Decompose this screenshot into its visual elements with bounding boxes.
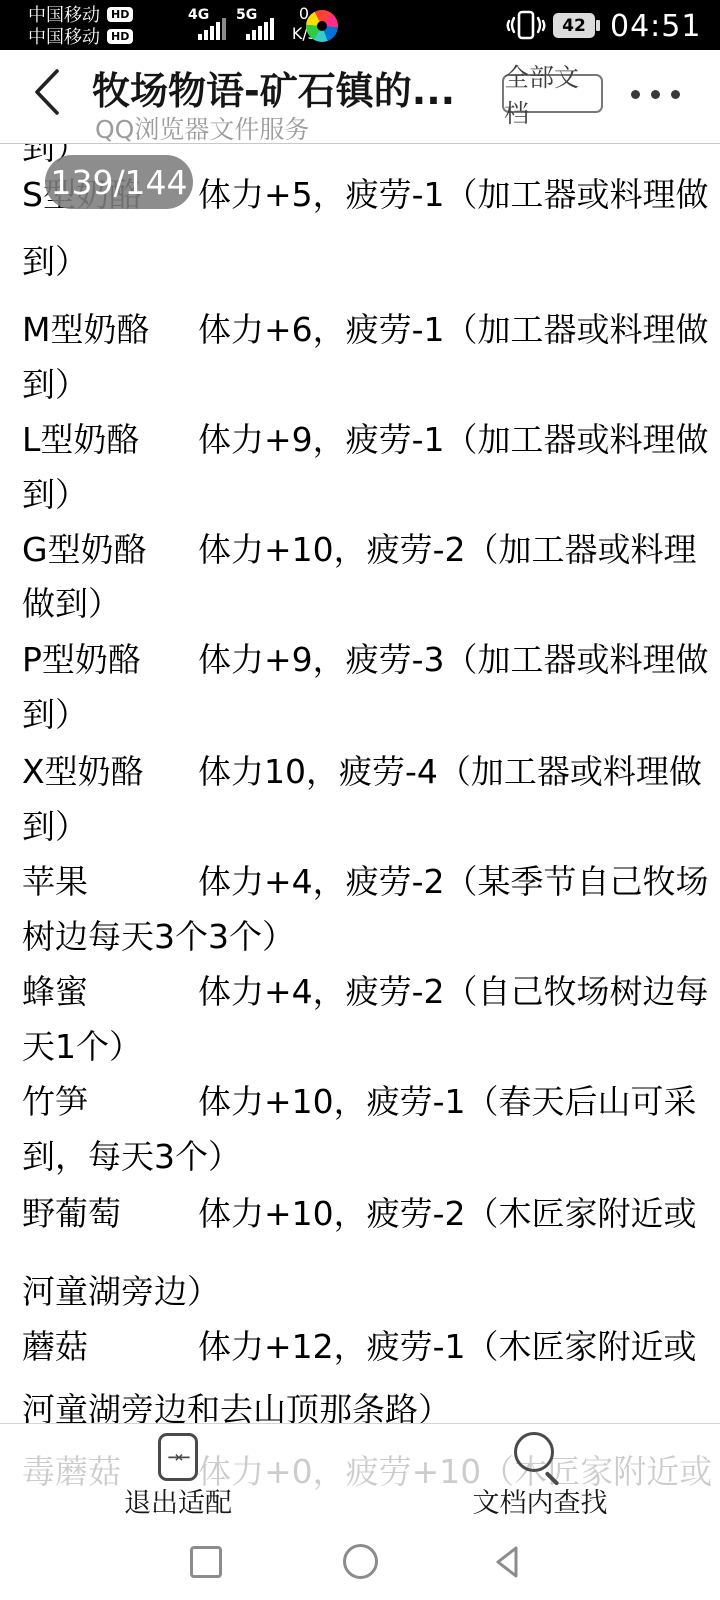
item-text: 体力+10，疲劳-2（木匠家附近或 — [198, 1192, 697, 1236]
back-nav-button[interactable] — [489, 1543, 527, 1581]
doc-line: 到） — [0, 363, 720, 407]
item-text: 到） — [22, 805, 88, 849]
item-name: X型奶酪 — [22, 750, 144, 794]
home-button[interactable] — [343, 1544, 378, 1579]
carrier-row-2: 中国移动 HD — [28, 25, 133, 47]
doc-line: 到） — [0, 240, 720, 284]
back-button[interactable] — [32, 68, 72, 118]
doc-line: 河童湖旁边） — [0, 1270, 720, 1314]
more-options-button[interactable] — [631, 90, 680, 99]
service-subtitle: QQ浏览器文件服务 — [95, 110, 309, 146]
browser-pinwheel-logo-icon — [306, 10, 338, 42]
doc-line: 蘑菇体力+12，疲劳-1（木匠家附近或 — [0, 1325, 720, 1369]
item-text: 体力+12，疲劳-1（木匠家附近或 — [198, 1325, 697, 1369]
doc-line: 天1个） — [0, 1025, 720, 1069]
hd-badge-2: HD — [107, 29, 133, 44]
signal-cluster-4g: 4G — [188, 7, 240, 43]
phone-fit-icon: →← — [167, 1448, 188, 1466]
item-text: 到，每天3个） — [22, 1135, 241, 1179]
signal-cluster-5g: 5G — [236, 7, 288, 43]
doc-line: 到） — [0, 473, 720, 517]
document-content: 到）S型奶酪体力+5，疲劳-1（加工器或料理做到）M型奶酪体力+6，疲劳-1（加… — [0, 0, 720, 1600]
doc-line: 蜂蜜体力+4，疲劳-2（自己牧场树边每 — [0, 970, 720, 1014]
battery-indicator: 42 — [553, 13, 595, 38]
item-name: 野葡萄 — [22, 1192, 121, 1236]
doc-line: 到） — [0, 693, 720, 737]
item-name: M型奶酪 — [22, 308, 149, 352]
carrier-block: 中国移动 HD 中国移动 HD — [28, 3, 133, 47]
vibrate-icon — [504, 9, 548, 43]
item-text: 体力+6，疲劳-1（加工器或料理做 — [198, 308, 709, 352]
item-name: 苹果 — [22, 860, 88, 904]
item-text: 到） — [22, 240, 88, 284]
doc-line: 竹笋体力+10，疲劳-1（春天后山可采 — [0, 1080, 720, 1124]
battery-percent: 42 — [562, 16, 586, 36]
item-name: P型奶酪 — [22, 638, 141, 682]
item-text: 到） — [22, 363, 88, 407]
phone-screen: 到）S型奶酪体力+5，疲劳-1（加工器或料理做到）M型奶酪体力+6，疲劳-1（加… — [0, 0, 720, 1600]
item-name: L型奶酪 — [22, 418, 139, 462]
status-bar: 中国移动 HD 中国移动 HD 4G 5G 0 K/s — [0, 0, 720, 50]
item-text: 体力+4，疲劳-2（某季节自己牧场 — [198, 860, 709, 904]
chevron-left-icon — [32, 68, 62, 116]
find-in-document-button[interactable] — [514, 1432, 554, 1472]
nav-bar — [0, 1515, 720, 1600]
doc-line: 树边每天3个3个） — [0, 915, 720, 959]
all-documents-label: 全部文档 — [504, 58, 601, 130]
all-documents-button[interactable]: 全部文档 — [502, 74, 603, 113]
signal-bars-4g-icon — [198, 18, 226, 40]
doc-line: X型奶酪体力10，疲劳-4（加工器或料理做 — [0, 750, 720, 794]
hd-badge-1: HD — [107, 7, 133, 22]
carrier-row-1: 中国移动 HD — [28, 3, 133, 25]
item-name: G型奶酪 — [22, 528, 147, 572]
item-name: 蘑菇 — [22, 1325, 88, 1369]
app-header: 牧场物语-矿石镇的... QQ浏览器文件服务 全部文档 — [0, 50, 720, 144]
item-name: 竹笋 — [22, 1080, 88, 1124]
doc-line: M型奶酪体力+6，疲劳-1（加工器或料理做 — [0, 308, 720, 352]
doc-line: P型奶酪体力+9，疲劳-3（加工器或料理做 — [0, 638, 720, 682]
doc-line: L型奶酪体力+9，疲劳-1（加工器或料理做 — [0, 418, 720, 462]
doc-line: 到，每天3个） — [0, 1135, 720, 1179]
doc-line: 到） — [0, 805, 720, 849]
item-text: 做到） — [22, 582, 121, 626]
item-text: 体力+10，疲劳-1（春天后山可采 — [198, 1080, 697, 1124]
item-text: 体力+10，疲劳-2（加工器或料理 — [198, 528, 697, 572]
item-text: 体力+4，疲劳-2（自己牧场树边每 — [198, 970, 709, 1014]
ellipsis-icon — [631, 90, 640, 99]
exit-fit-button[interactable]: →← — [158, 1433, 198, 1481]
doc-line: 苹果体力+4，疲劳-2（某季节自己牧场 — [0, 860, 720, 904]
page-indicator-text: 139/144 — [50, 163, 187, 202]
item-text: 树边每天3个3个） — [22, 915, 295, 959]
doc-line: G型奶酪体力+10，疲劳-2（加工器或料理 — [0, 528, 720, 572]
page-indicator-badge: 139/144 — [45, 155, 193, 209]
signal-bars-5g-icon — [246, 18, 274, 40]
recents-button[interactable] — [190, 1546, 222, 1578]
carrier-label-2: 中国移动 — [28, 23, 100, 49]
item-text: 到） — [22, 473, 88, 517]
item-text: 河童湖旁边） — [22, 1270, 220, 1314]
item-text: 天1个） — [22, 1025, 142, 1069]
item-text: 体力10，疲劳-4（加工器或料理做 — [198, 750, 702, 794]
triangle-icon — [498, 1548, 516, 1576]
doc-line: 做到） — [0, 582, 720, 626]
clock: 04:51 — [610, 9, 701, 44]
item-name: 蜂蜜 — [22, 970, 88, 1014]
item-text: 到） — [22, 693, 88, 737]
item-text: 体力+9，疲劳-1（加工器或料理做 — [198, 418, 709, 462]
item-text: 体力+5，疲劳-1（加工器或料理做 — [198, 173, 709, 217]
document-title: 牧场物语-矿石镇的... — [92, 60, 455, 115]
doc-line: 野葡萄体力+10，疲劳-2（木匠家附近或 — [0, 1192, 720, 1236]
item-text: 体力+9，疲劳-3（加工器或料理做 — [198, 638, 709, 682]
